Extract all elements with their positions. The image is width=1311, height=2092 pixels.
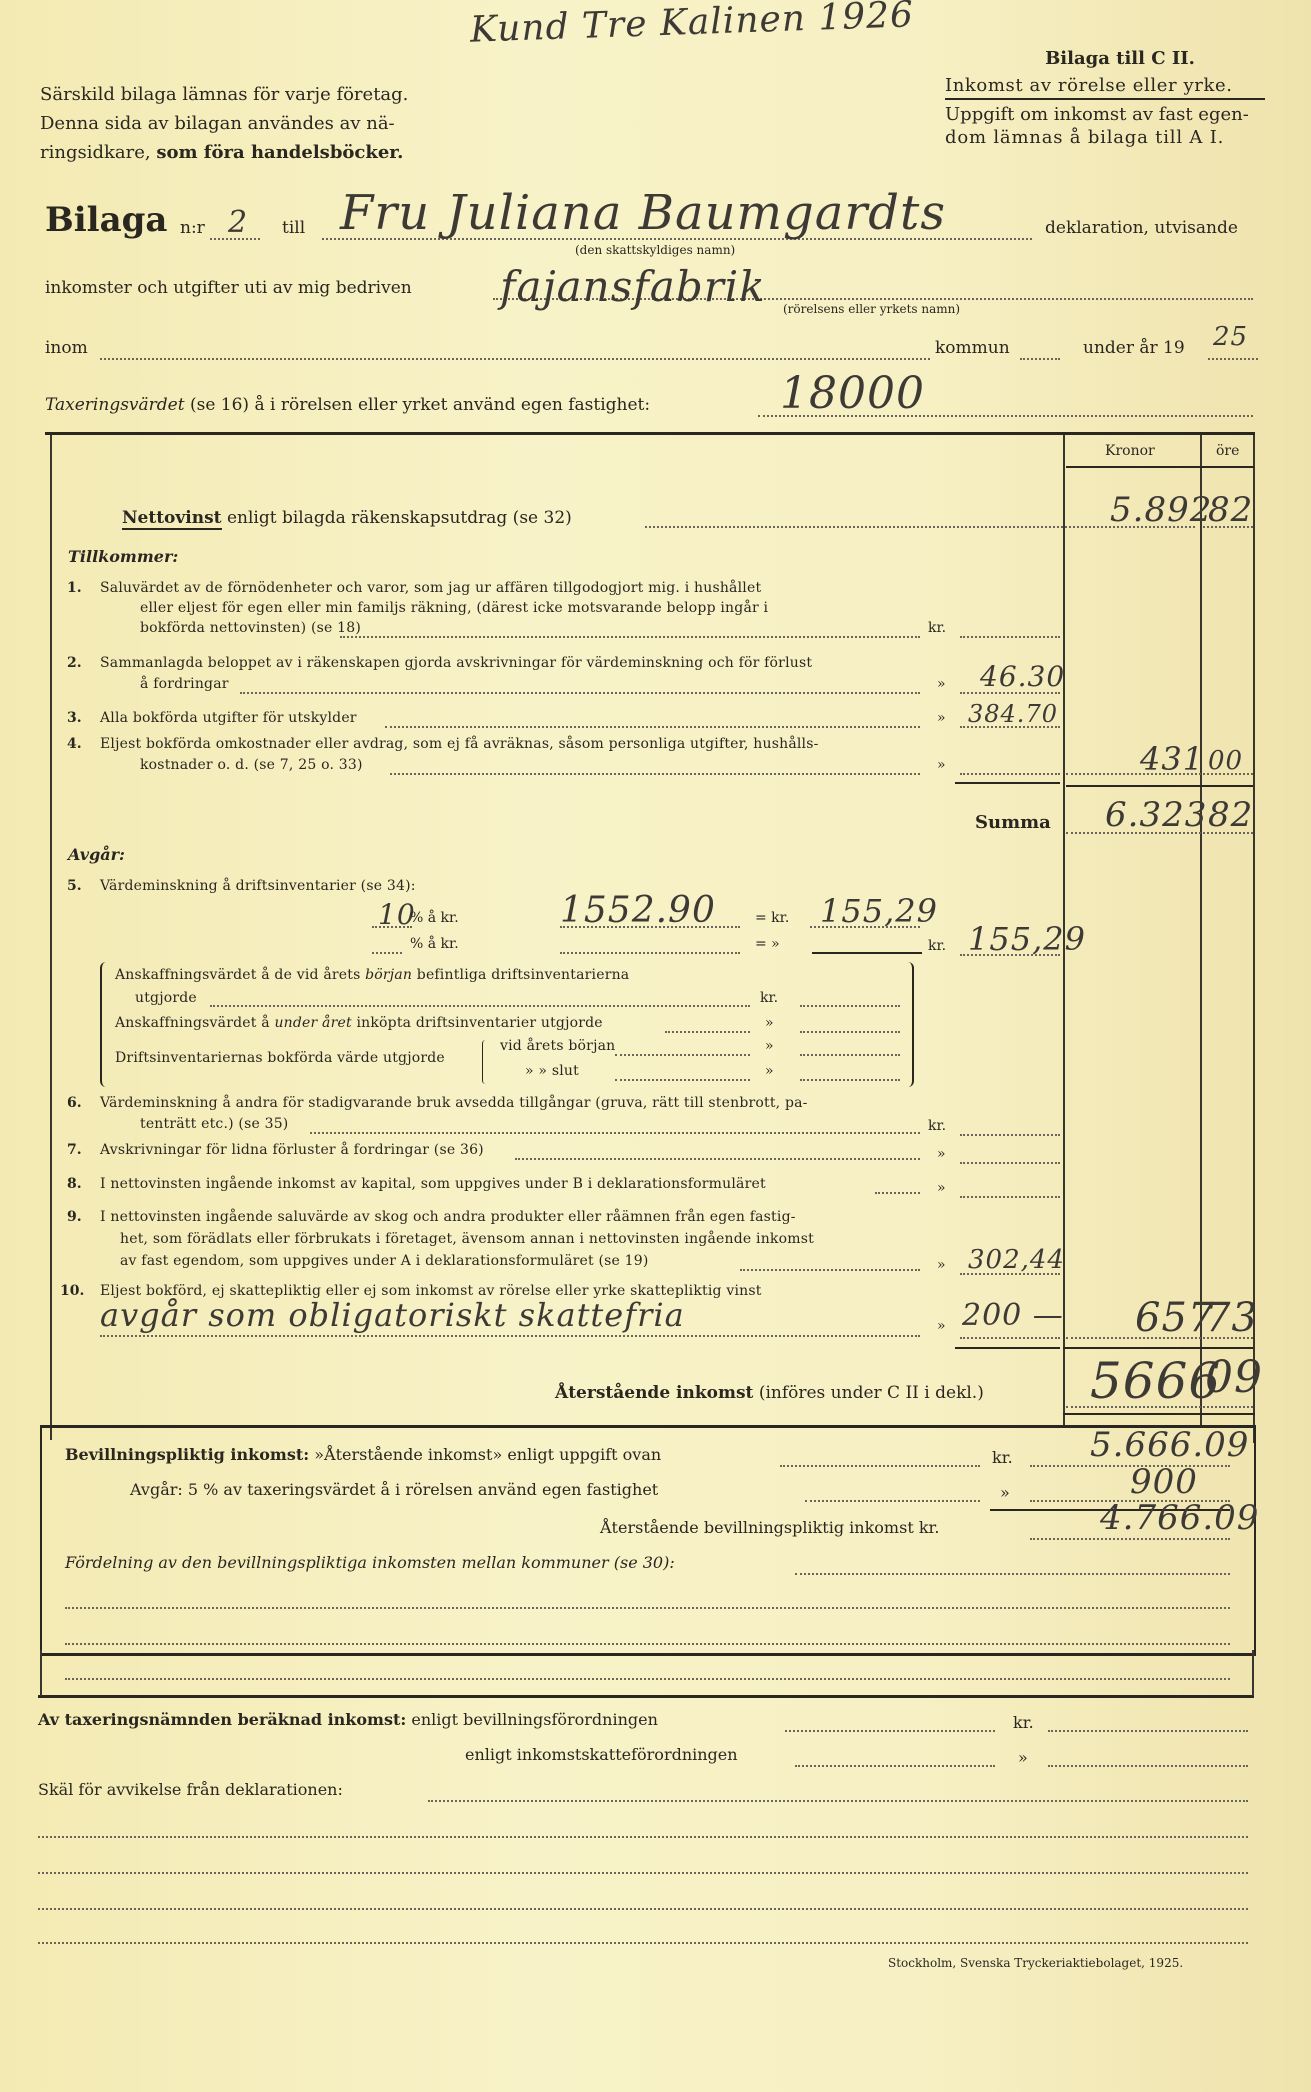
fordelning-line-2[interactable] xyxy=(65,1643,1230,1645)
intro-line-1: Särskild bilaga lämnas för varje företag… xyxy=(40,80,408,109)
aterstaende-kronor[interactable]: 5666 xyxy=(1090,1352,1221,1410)
inkomstskatteforordningen-field[interactable] xyxy=(1048,1765,1248,1767)
item-6-text-2: tenträtt etc.) (se 35) xyxy=(140,1116,288,1132)
sub-total-ore[interactable]: 73 xyxy=(1205,1295,1258,1341)
nettovinst-ore[interactable]: 82 xyxy=(1208,490,1253,530)
add-total-kronor[interactable]: 431 xyxy=(1140,740,1204,778)
item-5-box-line-4a: vid årets början xyxy=(500,1038,615,1054)
till-label: till xyxy=(282,218,305,238)
item-9-text-2: het, som förädlats eller förbrukats i fö… xyxy=(120,1231,814,1247)
bilaga-note-2: dom lämnas å bilaga till A I. xyxy=(945,127,1265,148)
bevillning-line-3: Återstående bevillningspliktig inkomst k… xyxy=(600,1518,940,1537)
item-5-box-value-2[interactable] xyxy=(800,1031,900,1033)
sub-total-kronor[interactable]: 657 xyxy=(1135,1295,1214,1341)
item-2-text-2: å fordringar xyxy=(140,676,229,692)
item-5-total[interactable]: 155,29 xyxy=(968,920,1086,958)
taxpayer-name-field[interactable]: Fru Juliana Baumgardts xyxy=(340,185,946,241)
item-5-row1-pct-suffix: % å kr. xyxy=(410,910,459,926)
item-8-unit: » xyxy=(937,1180,946,1196)
intro-line-2: Denna sida av bilagan användes av nä- xyxy=(40,109,408,138)
nettovinst-label: Nettovinst enligt bilagda räkenskapsutdr… xyxy=(122,508,572,528)
nr-value[interactable]: 2 xyxy=(228,205,248,240)
fordelning-line-1[interactable] xyxy=(65,1607,1230,1609)
nr-label: n:r xyxy=(180,218,205,238)
bevillning-unit-1: kr. xyxy=(992,1448,1013,1467)
item-5-box-line-1: Anskaffningsvärdet å de vid årets början… xyxy=(115,967,629,983)
item-5-box-unit-4: » xyxy=(765,1063,774,1079)
bilaga-note-1: Uppgift om inkomst av fast egen- xyxy=(945,104,1265,125)
skal-field-1[interactable] xyxy=(428,1800,1248,1802)
item-1-value-field[interactable] xyxy=(960,636,1060,638)
skal-label: Skäl för avvikelse från deklarationen: xyxy=(38,1780,343,1799)
item-3-text: Alla bokförda utgifter för utskylder xyxy=(100,710,357,726)
bevillning-value-1[interactable]: 5.666.09 xyxy=(1090,1425,1249,1465)
business-caption: (rörelsens eller yrkets namn) xyxy=(783,302,960,316)
item-5-row2-kr: kr. xyxy=(928,938,946,954)
item-1-text-3: bokförda nettovinsten) (se 18) xyxy=(140,620,361,636)
item-7-value-field[interactable] xyxy=(960,1162,1060,1164)
skal-field-3[interactable] xyxy=(38,1872,1248,1874)
item-9-unit: » xyxy=(937,1257,946,1273)
item-4-text-2: kostnader o. d. (se 7, 25 o. 33) xyxy=(140,757,363,773)
item-5-box-line-3: Anskaffningsvärdet å under året inköpta … xyxy=(115,1015,603,1031)
item-2-number: 2. xyxy=(67,655,82,671)
kommun-label: kommun xyxy=(935,338,1010,358)
item-2-value[interactable]: 46.30 xyxy=(980,660,1065,693)
skal-field-4[interactable] xyxy=(38,1908,1248,1910)
handwritten-header-note: Kund Tre Kalinen 1926 xyxy=(469,0,914,51)
item-8-text: I nettovinsten ingående inkomst av kapit… xyxy=(100,1176,766,1192)
printer-imprint: Stockholm, Svenska Tryckeriaktiebolaget,… xyxy=(888,1956,1183,1970)
item-5-box-unit-2: » xyxy=(765,1015,774,1031)
item-9-value[interactable]: 302,44 xyxy=(968,1245,1065,1275)
skal-field-2[interactable] xyxy=(38,1836,1248,1838)
name-caption: (den skattskyldiges namn) xyxy=(575,243,735,257)
add-total-ore[interactable]: 00 xyxy=(1208,746,1243,776)
bilaga-heading: Bilaga xyxy=(45,200,167,240)
footer-unit-1: kr. xyxy=(1013,1713,1034,1732)
item-5-row2-base-field[interactable] xyxy=(560,952,740,954)
item-5-row2-eq: = » xyxy=(755,936,780,952)
item-5-box-value-1[interactable] xyxy=(800,1005,900,1007)
item-5-box-line-4: Driftsinventariernas bokförda värde utgj… xyxy=(115,1050,445,1066)
item-3-unit: » xyxy=(937,710,946,726)
fordelning-line-3[interactable] xyxy=(65,1678,1230,1680)
item-2-text: Sammanlagda beloppet av i räkenskapen gj… xyxy=(100,655,812,671)
item-10-handwritten-note[interactable]: avgår som obligatoriskt skattefria xyxy=(100,1296,685,1334)
item-8-number: 8. xyxy=(67,1176,82,1192)
taxering-label: Taxeringsvärdet (se 16) å i rörelsen ell… xyxy=(45,395,650,415)
item-4-text: Eljest bokförda omkostnader eller avdrag… xyxy=(100,736,819,752)
item-6-number: 6. xyxy=(67,1095,82,1111)
bilaga-subtitle: Inkomst av rörelse eller yrke. xyxy=(945,75,1265,100)
skal-field-5[interactable] xyxy=(38,1942,1248,1944)
aterstaende-label: Återstående inkomst (införes under C II … xyxy=(555,1383,984,1403)
col-header-kronor: Kronor xyxy=(1105,443,1155,459)
item-9-number: 9. xyxy=(67,1209,82,1225)
business-name-field[interactable]: fajansfabrik xyxy=(500,262,766,311)
item-5-row1-base[interactable]: 1552.90 xyxy=(560,890,716,931)
nettovinst-kronor[interactable]: 5.892 xyxy=(1110,490,1212,530)
item-1-number: 1. xyxy=(67,580,82,596)
item-7-number: 7. xyxy=(67,1142,82,1158)
item-5-inner-brace xyxy=(482,1040,489,1084)
item-6-text: Värdeminskning å andra för stadigvarande… xyxy=(100,1095,808,1111)
bilaga-title: Bilaga till C II. xyxy=(945,48,1265,69)
bevillning-unit-2: » xyxy=(1000,1483,1010,1502)
year-value[interactable]: 25 xyxy=(1213,322,1248,352)
bevillning-line-4: Fördelning av den bevillningspliktiga in… xyxy=(65,1553,675,1572)
item-5-text: Värdeminskning å driftsinventarier (se 3… xyxy=(100,878,416,894)
col-header-ore: öre xyxy=(1216,443,1239,459)
item-5-box-value-3[interactable] xyxy=(800,1054,900,1056)
item-5-box-unit-3: » xyxy=(765,1038,774,1054)
item-3-value[interactable]: 384.70 xyxy=(968,700,1058,728)
item-9-text: I nettovinsten ingående saluvärde av sko… xyxy=(100,1209,796,1225)
aterstaende-ore[interactable]: 09 xyxy=(1205,1352,1263,1403)
bevillning-line-2: Avgår: 5 % av taxeringsvärdet å i rörels… xyxy=(130,1480,658,1499)
business-label: inkomster och utgifter uti av mig bedriv… xyxy=(45,278,412,298)
item-2-unit: » xyxy=(937,676,946,692)
year-label: under år 19 xyxy=(1083,338,1185,358)
avgar-heading: Avgår: xyxy=(68,845,125,864)
item-10-unit: » xyxy=(937,1318,946,1334)
inom-label: inom xyxy=(45,338,88,358)
item-4-unit: » xyxy=(937,757,946,773)
item-5-row2-pct-suffix: % å kr. xyxy=(410,936,459,952)
bilaga-box: Bilaga till C II. Inkomst av rörelse ell… xyxy=(945,48,1265,148)
summa-kronor[interactable]: 6.323 xyxy=(1105,795,1207,835)
item-8-value-field[interactable] xyxy=(960,1196,1060,1198)
inkomstskatt-label: enligt inkomstskatteförordningen xyxy=(465,1745,738,1764)
item-5-row2-result-field[interactable] xyxy=(812,952,922,954)
item-7-text: Avskrivningar för lidna förluster å ford… xyxy=(100,1142,484,1158)
item-5-box-line-2: utgjorde xyxy=(135,990,197,1006)
item-4-number: 4. xyxy=(67,736,82,752)
item-5-box-value-4[interactable] xyxy=(800,1079,900,1081)
bevillningsforordningen-field[interactable] xyxy=(1048,1730,1248,1732)
intro-text: Särskild bilaga lämnas för varje företag… xyxy=(40,80,408,167)
item-1-text: Saluvärdet av de förnödenheter och varor… xyxy=(100,580,761,596)
deklaration-label: deklaration, utvisande xyxy=(1045,218,1238,238)
taxering-value-field[interactable]: 18000 xyxy=(780,368,925,419)
tillkommer-heading: Tillkommer: xyxy=(68,547,178,566)
item-10-value[interactable]: 200 — xyxy=(962,1298,1064,1333)
item-9-text-3: av fast egendom, som uppgives under A i … xyxy=(120,1253,649,1269)
item-5-box-unit-1: kr. xyxy=(760,990,778,1006)
item-5-row1-eq: = kr. xyxy=(755,910,789,926)
bevillning-value-2[interactable]: 900 xyxy=(1130,1462,1198,1502)
summa-label: Summa xyxy=(975,812,1051,833)
item-3-number: 3. xyxy=(67,710,82,726)
taxeringsnamnden-line: Av taxeringsnämnden beräknad inkomst: en… xyxy=(38,1710,658,1729)
item-5-number: 5. xyxy=(67,878,82,894)
item-10-number: 10. xyxy=(60,1283,84,1299)
item-1-unit: kr. xyxy=(928,620,946,636)
intro-line-3: ringsidkare, som föra handelsböcker. xyxy=(40,138,408,167)
item-1-text-2: eller eljest för egen eller min familjs … xyxy=(140,600,768,616)
footer-unit-2: » xyxy=(1018,1748,1028,1767)
item-5-box-line-4b: » » slut xyxy=(525,1063,579,1079)
item-5-row1-result[interactable]: 155,29 xyxy=(820,892,938,930)
item-6-value-field[interactable] xyxy=(960,1134,1060,1136)
item-6-unit: kr. xyxy=(928,1118,946,1134)
bevillning-line-1: Bevillningspliktig inkomst: »Återstående… xyxy=(65,1445,661,1464)
bevillning-value-3[interactable]: 4.766.09 xyxy=(1100,1498,1259,1538)
summa-ore[interactable]: 82 xyxy=(1208,795,1253,835)
item-7-unit: » xyxy=(937,1146,946,1162)
